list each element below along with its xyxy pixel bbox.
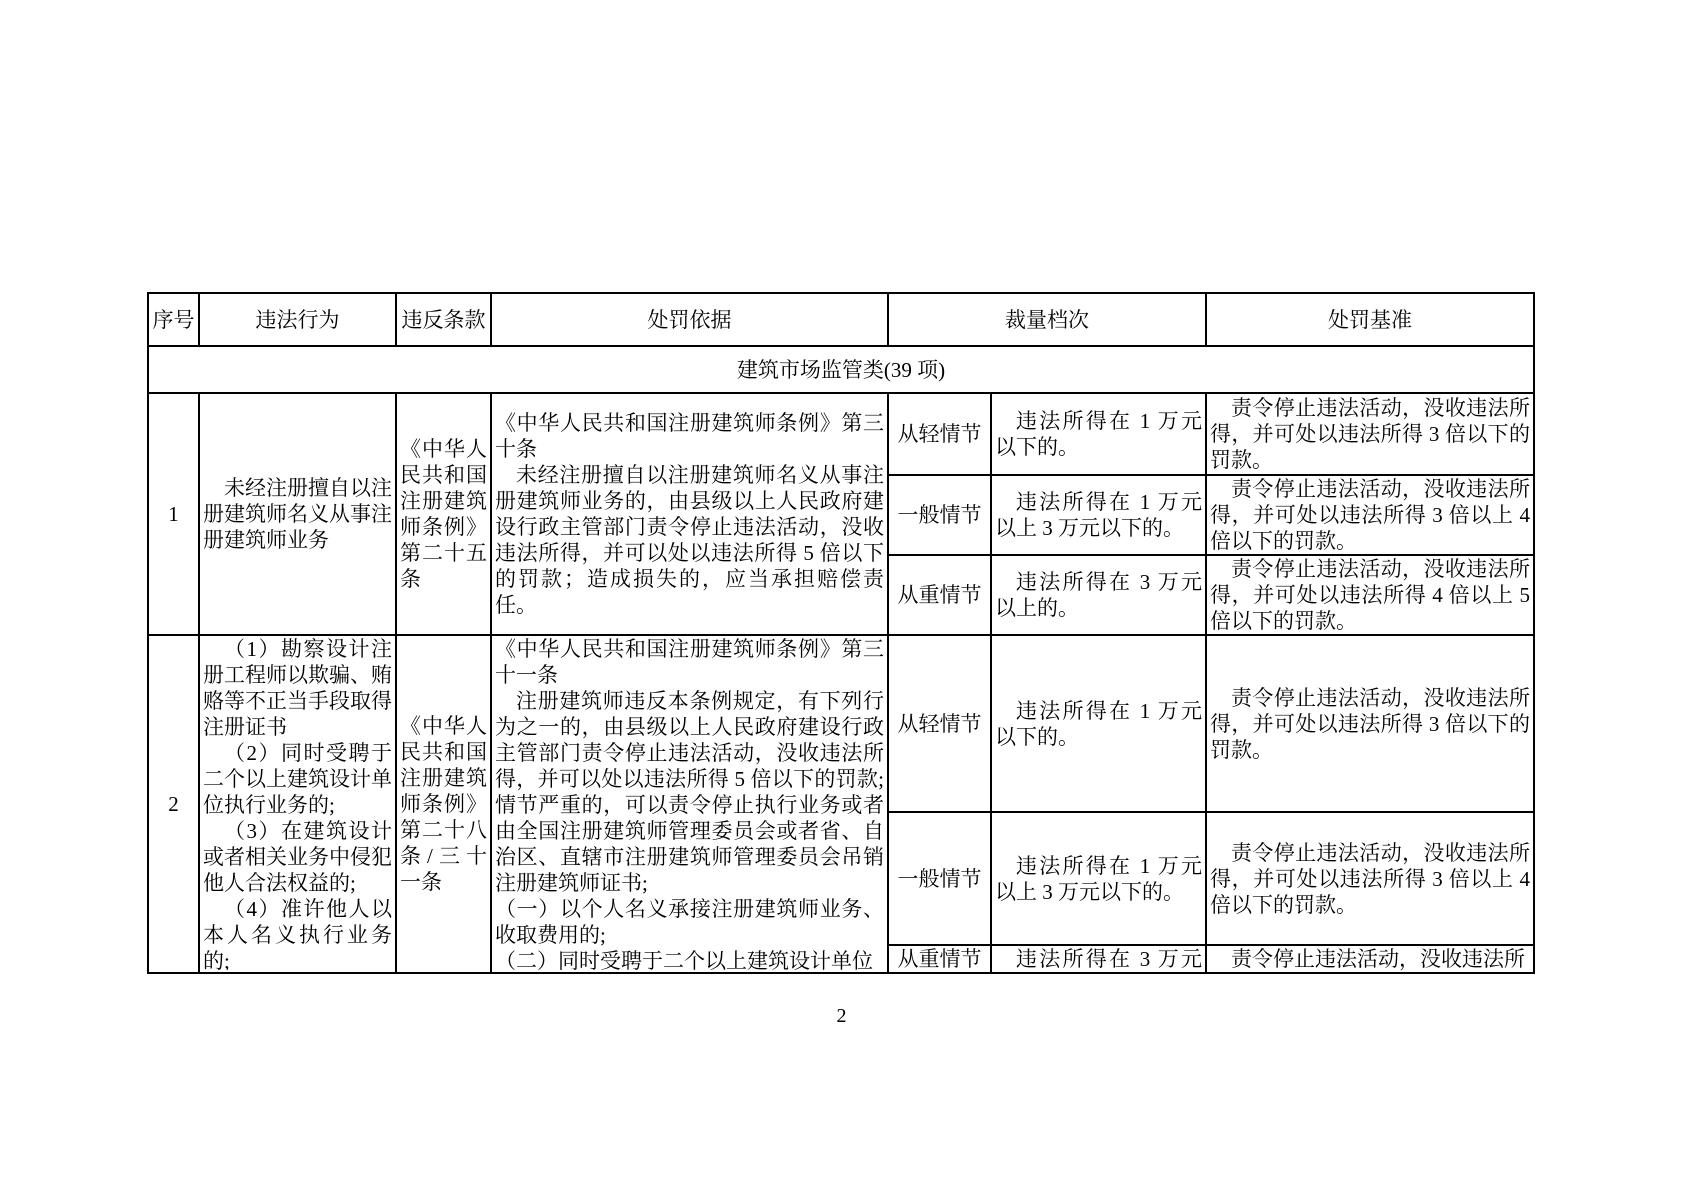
- penalty-cell: 责令停止违法活动，没收违法所得，并可处以违法所得 3 倍以下的罚款。: [1206, 635, 1534, 812]
- tier-range-cell: 违法所得在 3 万元以上的。: [991, 555, 1206, 635]
- tier-range-text: 违法所得在 1 万元以上 3 万元以下的。: [995, 853, 1202, 905]
- tier-range-text: 违法所得在 3 万元以上的。: [995, 569, 1202, 621]
- penalty-text: 责令停止违法活动，没收违法所得，并可处以违法所得 4 倍以上 5 倍以下的罚款。: [1210, 556, 1530, 634]
- column-header-behavior: 违法行为: [199, 293, 396, 346]
- behavior-item: （4）准许他人以本人名义执行业务的;: [203, 896, 392, 970]
- tier-range-text: 违法所得在 1 万元以上 3 万元以下的。: [995, 489, 1202, 541]
- tier-range-cell: 违法所得在 3 万元以: [991, 945, 1206, 973]
- basis-body: （一）以个人名义承接注册建筑师业务、收取费用的;: [495, 896, 884, 948]
- tier-range-text: 违法所得在 1 万元以下的。: [995, 408, 1202, 460]
- behavior-item: （1）勘察设计注册工程师以欺骗、贿赂等不正当手段取得注册证书: [203, 636, 392, 740]
- clause-text: 《中华人民共和国注册建筑师条例》第二十五条: [400, 436, 487, 592]
- behavior-text: 未经注册擅自以注册建筑师名义从事注册建筑师业务: [203, 475, 392, 553]
- tier-level-cell: 从轻情节: [888, 635, 991, 812]
- clause-cell: 《中华人民共和国注册建筑师条例》第二十五条: [396, 393, 491, 635]
- column-header-clause: 违反条款: [396, 293, 491, 346]
- column-header-tier: 裁量档次: [888, 293, 1206, 346]
- penalty-cell: 责令停止违法活动，没收违法所: [1206, 945, 1534, 973]
- table-row: 2 （1）勘察设计注册工程师以欺骗、贿赂等不正当手段取得注册证书 （2）同时受聘…: [148, 635, 1534, 812]
- penalty-text: 责令停止违法活动，没收违法所得，并可处以违法所得 3 倍以下的罚款。: [1210, 395, 1530, 473]
- penalty-text: 责令停止违法活动，没收违法所: [1210, 946, 1530, 972]
- tier-level-cell: 从轻情节: [888, 393, 991, 475]
- basis-cell: 《中华人民共和国注册建筑师条例》第三十条 未经注册擅自以注册建筑师名义从事注册建…: [491, 393, 888, 635]
- tier-range-cell: 违法所得在 1 万元以上 3 万元以下的。: [991, 812, 1206, 945]
- tier-range-cell: 违法所得在 1 万元以上 3 万元以下的。: [991, 475, 1206, 555]
- penalty-text: 责令停止违法活动，没收违法所得，并可处以违法所得 3 倍以上 4 倍以下的罚款。: [1210, 840, 1530, 918]
- penalty-text: 责令停止违法活动，没收违法所得，并可处以违法所得 3 倍以上 4 倍以下的罚款。: [1210, 476, 1530, 554]
- penalty-cell: 责令停止违法活动，没收违法所得，并可处以违法所得 3 倍以上 4 倍以下的罚款。: [1206, 475, 1534, 555]
- tier-range-cell: 违法所得在 1 万元以下的。: [991, 635, 1206, 812]
- section-row: 建筑市场监管类(39 项): [148, 346, 1534, 393]
- basis-body: 未经注册擅自以注册建筑师名义从事注册建筑师业务的，由县级以上人民政府建设行政主管…: [495, 462, 884, 618]
- penalty-text: 责令停止违法活动，没收违法所得，并可处以违法所得 3 倍以下的罚款。: [1210, 685, 1530, 763]
- column-header-standard: 处罚基准: [1206, 293, 1534, 346]
- basis-body: 注册建筑师违反本条例规定，有下列行为之一的，由县级以上人民政府建设行政主管部门责…: [495, 688, 884, 896]
- column-header-no: 序号: [148, 293, 199, 346]
- clause-text: 《中华人民共和国注册建筑师条例》第二十八条/三十一条: [400, 713, 487, 895]
- behavior-item: （2）同时受聘于二个以上建筑设计单位执行业务的;: [203, 740, 392, 818]
- tier-range-text: 违法所得在 3 万元以: [995, 946, 1202, 972]
- document-page: 序号 违法行为 违反条款 处罚依据 裁量档次 处罚基准 建筑市场监管类(39 项…: [0, 0, 1683, 1190]
- basis-title: 《中华人民共和国注册建筑师条例》第三十一条: [495, 636, 884, 688]
- row-no: 1: [148, 393, 199, 635]
- table-header-row: 序号 违法行为 违反条款 处罚依据 裁量档次 处罚基准: [148, 293, 1534, 346]
- penalty-cell: 责令停止违法活动，没收违法所得，并可处以违法所得 3 倍以下的罚款。: [1206, 393, 1534, 475]
- tier-range-cell: 违法所得在 1 万元以下的。: [991, 393, 1206, 475]
- tier-range-text: 违法所得在 1 万元以下的。: [995, 698, 1202, 750]
- behavior-cell: 未经注册擅自以注册建筑师名义从事注册建筑师业务: [199, 393, 396, 635]
- behavior-cell: （1）勘察设计注册工程师以欺骗、贿赂等不正当手段取得注册证书 （2）同时受聘于二…: [199, 635, 396, 973]
- tier-level-cell: 一般情节: [888, 475, 991, 555]
- penalty-cell: 责令停止违法活动，没收违法所得，并可处以违法所得 3 倍以上 4 倍以下的罚款。: [1206, 812, 1534, 945]
- table-row: 1 未经注册擅自以注册建筑师名义从事注册建筑师业务 《中华人民共和国注册建筑师条…: [148, 393, 1534, 475]
- row-no: 2: [148, 635, 199, 973]
- basis-title: 《中华人民共和国注册建筑师条例》第三十条: [495, 410, 884, 462]
- tier-level-cell: 从重情节: [888, 555, 991, 635]
- clause-cell: 《中华人民共和国注册建筑师条例》第二十八条/三十一条: [396, 635, 491, 973]
- page-number: 2: [0, 1003, 1683, 1029]
- tier-level-cell: 一般情节: [888, 812, 991, 945]
- column-header-basis: 处罚依据: [491, 293, 888, 346]
- section-title: 建筑市场监管类(39 项): [148, 346, 1534, 393]
- penalty-discretion-table: 序号 违法行为 违反条款 处罚依据 裁量档次 处罚基准 建筑市场监管类(39 项…: [147, 292, 1535, 974]
- basis-cell: 《中华人民共和国注册建筑师条例》第三十一条 注册建筑师违反本条例规定，有下列行为…: [491, 635, 888, 973]
- tier-level-cell: 从重情节: [888, 945, 991, 973]
- penalty-cell: 责令停止违法活动，没收违法所得，并可处以违法所得 4 倍以上 5 倍以下的罚款。: [1206, 555, 1534, 635]
- basis-body: （二）同时受聘于二个以上建筑设计单位: [495, 948, 884, 970]
- behavior-item: （3）在建筑设计或者相关业务中侵犯他人合法权益的;: [203, 818, 392, 896]
